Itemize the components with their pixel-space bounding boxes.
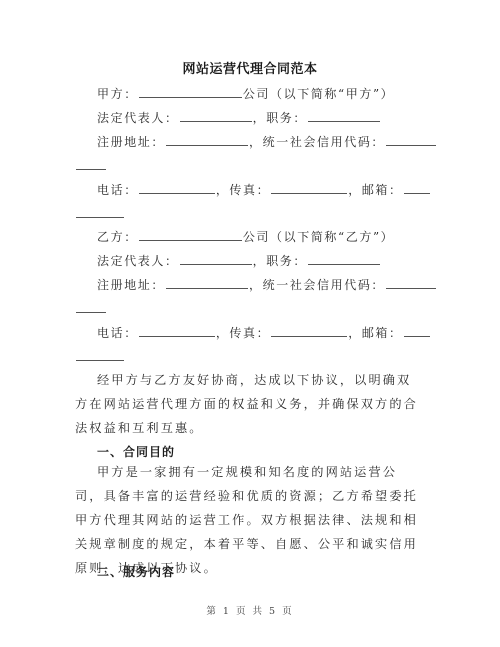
party-a-phone-blank[interactable]	[139, 182, 215, 194]
party-b-name-blank[interactable]	[139, 229, 242, 241]
party-a-name-suffix: 公司（以下简称“甲方”）	[243, 87, 394, 101]
party-a-credit-code-label: ，统一社会信用代码：	[249, 135, 385, 149]
party-a-fax-blank[interactable]	[271, 182, 347, 194]
party-b-fax-label: ，传真：	[216, 326, 270, 340]
party-b-email-cont	[75, 349, 125, 365]
party-a-rep-blank[interactable]	[180, 110, 252, 122]
party-a-email-cont	[75, 206, 125, 222]
document-title: 网站运营代理合同范本	[0, 58, 500, 77]
party-b-credit-code-label: ，统一社会信用代码：	[249, 278, 385, 292]
party-b-name-line: 乙方：公司（以下简称“乙方”）	[97, 229, 394, 245]
party-a-contact-line: 电话：，传真：，邮箱：	[97, 182, 431, 198]
section-1-heading: 一、合同目的	[97, 443, 175, 460]
party-b-address-label: 注册地址：	[97, 278, 165, 292]
party-b-address-blank[interactable]	[166, 277, 248, 289]
party-a-rep-line: 法定代表人：，职务：	[97, 110, 381, 126]
intro-paragraph-text: 经甲方与乙方友好协商，达成以下协议，以明确双方在网站运营代理方面的权益和义务，并…	[75, 373, 418, 435]
party-b-phone-label: 电话：	[97, 326, 138, 340]
party-a-address-line: 注册地址：，统一社会信用代码：	[97, 134, 437, 150]
party-b-email-label: ，邮箱：	[348, 326, 402, 340]
party-a-phone-label: 电话：	[97, 183, 138, 197]
party-a-email-blank-cont[interactable]	[76, 206, 124, 218]
party-b-credit-code-blank[interactable]	[386, 277, 436, 289]
party-a-name-blank[interactable]	[139, 86, 242, 98]
party-b-rep-line: 法定代表人：，职务：	[97, 253, 381, 269]
party-a-credit-code-blank[interactable]	[386, 134, 436, 146]
party-b-credit-code-cont	[75, 301, 107, 317]
party-a-fax-label: ，传真：	[216, 183, 270, 197]
party-b-email-blank-cont[interactable]	[76, 349, 124, 361]
section-2-heading: 二、服务内容	[97, 563, 175, 580]
party-b-credit-code-blank-cont[interactable]	[76, 301, 106, 313]
party-b-email-blank[interactable]	[404, 325, 430, 337]
section-1-body-text: 甲方是一家拥有一定规模和知名度的网站运营公司，具备丰富的运营经验和优质的资源；乙…	[75, 465, 418, 575]
party-b-name-suffix: 公司（以下简称“乙方”）	[243, 230, 394, 244]
party-a-position-blank[interactable]	[308, 110, 380, 122]
party-b-phone-blank[interactable]	[139, 325, 215, 337]
party-b-position-blank[interactable]	[308, 253, 380, 265]
party-a-name-line: 甲方：公司（以下简称“甲方”）	[97, 86, 394, 102]
party-b-position-label: ，职务：	[253, 254, 307, 268]
party-b-contact-line: 电话：，传真：，邮箱：	[97, 325, 431, 341]
party-a-address-blank[interactable]	[166, 134, 248, 146]
party-a-name-label: 甲方：	[97, 87, 138, 101]
party-a-address-label: 注册地址：	[97, 135, 165, 149]
document-page: 网站运营代理合同范本 甲方：公司（以下简称“甲方”） 法定代表人：，职务： 注册…	[0, 0, 500, 647]
section-1-body: 甲方是一家拥有一定规模和知名度的网站运营公司，具备丰富的运营经验和优质的资源；乙…	[75, 460, 425, 580]
party-a-email-label: ，邮箱：	[348, 183, 402, 197]
party-b-address-line: 注册地址：，统一社会信用代码：	[97, 277, 437, 293]
party-a-credit-code-blank-cont[interactable]	[76, 158, 106, 170]
party-b-name-label: 乙方：	[97, 230, 138, 244]
page-footer: 第 1 页 共 5 页	[0, 603, 500, 617]
party-a-email-blank[interactable]	[404, 182, 430, 194]
intro-paragraph: 经甲方与乙方友好协商，达成以下协议，以明确双方在网站运营代理方面的权益和义务，并…	[75, 368, 425, 440]
party-b-rep-blank[interactable]	[180, 253, 252, 265]
party-b-rep-label: 法定代表人：	[97, 254, 179, 268]
party-a-position-label: ，职务：	[253, 111, 307, 125]
party-a-credit-code-cont	[75, 158, 107, 174]
party-b-fax-blank[interactable]	[271, 325, 347, 337]
party-a-rep-label: 法定代表人：	[97, 111, 179, 125]
